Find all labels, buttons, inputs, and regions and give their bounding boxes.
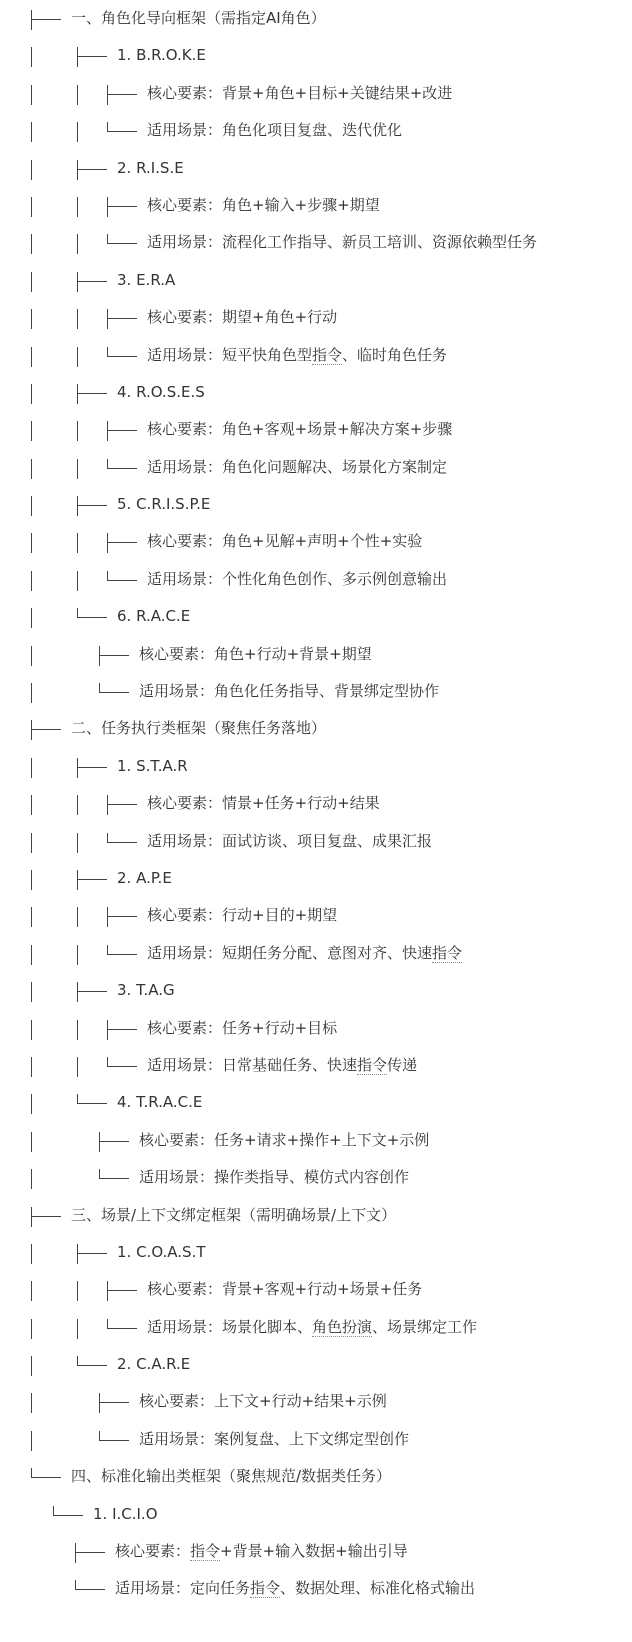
tree-label: 核心要素：任务+行动+目标 [147, 1010, 337, 1047]
glossary-link[interactable]: 指令 [432, 944, 462, 963]
tree-label: 三、场景/上下文绑定框架（需明确场景/上下文） [71, 1197, 396, 1234]
tree-rail [31, 85, 32, 105]
tree-rail [31, 1132, 32, 1152]
tree-framework: 4. T.R.A.C.E [31, 1084, 631, 1121]
tree-label: 适用场景：流程化工作指导、新员工培训、资源依赖型任务 [147, 224, 537, 261]
tree-rail [77, 309, 78, 329]
tree-rail [77, 197, 78, 217]
glossary-link[interactable]: 指令 [357, 1056, 387, 1075]
tree-label: 核心要素：上下文+行动+结果+示例 [139, 1383, 387, 1420]
tree-framework: 4. R.O.S.E.S [31, 374, 631, 411]
tree-rail [77, 533, 78, 553]
tree-label: 核心要素：背景+客观+行动+场景+任务 [147, 1271, 422, 1308]
tree-rail [31, 1244, 32, 1264]
tree-label: 核心要素：角色+客观+场景+解决方案+步骤 [147, 411, 452, 448]
tree-detail: 适用场景：案例复盘、上下文绑定型创作 [31, 1421, 631, 1458]
tree-label: 5. C.R.I.S.P.E [117, 486, 210, 523]
tree-detail: 核心要素：期望+角色+行动 [31, 299, 631, 336]
tree-rail [77, 85, 78, 105]
tree-label: 1. I.C.I.O [93, 1496, 158, 1533]
tree-rail [77, 122, 78, 142]
tree-label: 1. S.T.A.R [117, 748, 188, 785]
tree-rail [31, 758, 32, 778]
tree-detail: 核心要素：行动+目的+期望 [31, 897, 631, 934]
tree-detail: 适用场景：操作类指导、模仿式内容创作 [31, 1159, 631, 1196]
tree-rail [31, 608, 32, 628]
tree-detail: 适用场景：定向任务指令、数据处理、标准化格式输出 [31, 1570, 631, 1607]
tree-label: 适用场景：角色化项目复盘、迭代优化 [147, 112, 402, 149]
tree-label: 2. A.P.E [117, 860, 172, 897]
tree-detail: 适用场景：面试访谈、项目复盘、成果汇报 [31, 823, 631, 860]
glossary-link[interactable]: 指令 [190, 1542, 220, 1561]
tree-detail: 适用场景：场景化脚本、角色扮演、场景绑定工作 [31, 1309, 631, 1346]
tree-rail [31, 1319, 32, 1339]
tree-framework: 2. R.I.S.E [31, 150, 631, 187]
glossary-link[interactable]: 角色扮演 [312, 1318, 372, 1337]
tree-label: 核心要素：背景+角色+目标+关键结果+改进 [147, 75, 452, 112]
tree-rail [77, 421, 78, 441]
tree-rail [77, 234, 78, 254]
tree-label: 1. B.R.O.K.E [117, 37, 206, 74]
tree-rail [31, 683, 32, 703]
tree-rail [31, 496, 32, 516]
tree-detail: 适用场景：短期任务分配、意图对齐、快速指令 [31, 935, 631, 972]
tree-detail: 核心要素：上下文+行动+结果+示例 [31, 1383, 631, 1420]
tree-detail: 核心要素：背景+客观+行动+场景+任务 [31, 1271, 631, 1308]
tree-rail [31, 459, 32, 479]
tree-rail [31, 1020, 32, 1040]
tree-rail [77, 459, 78, 479]
tree-label: 3. E.R.A [117, 262, 175, 299]
tree-label: 适用场景：角色化问题解决、场景化方案制定 [147, 449, 447, 486]
tree-detail: 适用场景：角色化问题解决、场景化方案制定 [31, 449, 631, 486]
tree-rail [31, 646, 32, 666]
tree-framework: 3. E.R.A [31, 262, 631, 299]
tree-label: 核心要素：角色+输入+步骤+期望 [147, 187, 380, 224]
tree-rail [31, 907, 32, 927]
tree-rail [31, 1169, 32, 1189]
tree-rail [31, 833, 32, 853]
tree-label: 适用场景：操作类指导、模仿式内容创作 [139, 1159, 409, 1196]
tree-label: 1. C.O.A.S.T [117, 1234, 206, 1271]
tree-rail [31, 197, 32, 217]
tree-detail: 核心要素：角色+行动+背景+期望 [31, 636, 631, 673]
glossary-link[interactable]: 指令 [250, 1579, 280, 1598]
tree-label: 核心要素：角色+见解+声明+个性+实验 [147, 523, 422, 560]
tree-label: 核心要素：行动+目的+期望 [147, 897, 337, 934]
tree-label: 2. C.A.R.E [117, 1346, 190, 1383]
tree-rail [77, 945, 78, 965]
tree-rail [31, 1393, 32, 1413]
tree-rail [77, 1281, 78, 1301]
tree-rail [31, 945, 32, 965]
tree-rail [31, 1356, 32, 1376]
tree-label: 核心要素：指令+背景+输入数据+输出引导 [115, 1533, 408, 1570]
tree-rail [77, 1319, 78, 1339]
tree-rail [31, 384, 32, 404]
tree-rail [31, 160, 32, 180]
tree-category: 三、场景/上下文绑定框架（需明确场景/上下文） [31, 1197, 631, 1234]
tree-rail [31, 122, 32, 142]
tree-detail: 适用场景：短平快角色型指令、临时角色任务 [31, 337, 631, 374]
tree-label: 4. R.O.S.E.S [117, 374, 205, 411]
tree-framework: 1. C.O.A.S.T [31, 1234, 631, 1271]
tree-label: 4. T.R.A.C.E [117, 1084, 202, 1121]
tree-label: 适用场景：面试访谈、项目复盘、成果汇报 [147, 823, 432, 860]
tree-category: 四、标准化输出类框架（聚焦规范/数据类任务） [31, 1458, 631, 1495]
tree-label: 适用场景：短期任务分配、意图对齐、快速指令 [147, 935, 462, 972]
tree-rail [31, 272, 32, 292]
tree-detail: 适用场景：角色化项目复盘、迭代优化 [31, 112, 631, 149]
framework-tree: 一、角色化导向框架（需指定AI角色）1. B.R.O.K.E核心要素：背景+角色… [31, 0, 631, 1608]
tree-rail [77, 1057, 78, 1077]
glossary-link[interactable]: 指令 [312, 346, 342, 365]
tree-label: 核心要素：角色+行动+背景+期望 [139, 636, 372, 673]
tree-rail [77, 907, 78, 927]
tree-rail [77, 347, 78, 367]
tree-framework: 5. C.R.I.S.P.E [31, 486, 631, 523]
tree-rail [31, 421, 32, 441]
tree-framework: 6. R.A.C.E [31, 598, 631, 635]
tree-label: 核心要素：期望+角色+行动 [147, 299, 337, 336]
tree-rail [31, 309, 32, 329]
tree-label: 3. T.A.G [117, 972, 175, 1009]
tree-framework: 1. B.R.O.K.E [31, 37, 631, 74]
tree-detail: 适用场景：个性化角色创作、多示例创意输出 [31, 561, 631, 598]
tree-label: 一、角色化导向框架（需指定AI角色） [71, 0, 326, 37]
tree-detail: 核心要素：情景+任务+行动+结果 [31, 785, 631, 822]
tree-detail: 核心要素：指令+背景+输入数据+输出引导 [31, 1533, 631, 1570]
tree-framework: 2. A.P.E [31, 860, 631, 897]
tree-rail [31, 1431, 32, 1451]
tree-label: 四、标准化输出类框架（聚焦规范/数据类任务） [71, 1458, 391, 1495]
tree-detail: 核心要素：角色+客观+场景+解决方案+步骤 [31, 411, 631, 448]
tree-detail: 适用场景：流程化工作指导、新员工培训、资源依赖型任务 [31, 224, 631, 261]
tree-rail [31, 1094, 32, 1114]
tree-framework: 2. C.A.R.E [31, 1346, 631, 1383]
tree-label: 适用场景：案例复盘、上下文绑定型创作 [139, 1421, 409, 1458]
tree-label: 核心要素：任务+请求+操作+上下文+示例 [139, 1122, 429, 1159]
tree-label: 适用场景：个性化角色创作、多示例创意输出 [147, 561, 447, 598]
tree-rail [77, 571, 78, 591]
tree-rail [31, 982, 32, 1002]
tree-rail [77, 795, 78, 815]
tree-detail: 核心要素：角色+见解+声明+个性+实验 [31, 523, 631, 560]
tree-rail [31, 571, 32, 591]
tree-label: 核心要素：情景+任务+行动+结果 [147, 785, 380, 822]
tree-detail: 核心要素：角色+输入+步骤+期望 [31, 187, 631, 224]
tree-framework: 1. I.C.I.O [31, 1496, 631, 1533]
tree-category: 二、任务执行类框架（聚焦任务落地） [31, 710, 631, 747]
tree-label: 二、任务执行类框架（聚焦任务落地） [71, 710, 326, 747]
tree-rail [77, 833, 78, 853]
tree-rail [77, 1020, 78, 1040]
tree-rail [31, 234, 32, 254]
tree-detail: 核心要素：任务+请求+操作+上下文+示例 [31, 1122, 631, 1159]
tree-rail [31, 347, 32, 367]
tree-rail [31, 795, 32, 815]
tree-detail: 核心要素：任务+行动+目标 [31, 1010, 631, 1047]
tree-rail [31, 533, 32, 553]
tree-framework: 3. T.A.G [31, 972, 631, 1009]
tree-framework: 1. S.T.A.R [31, 748, 631, 785]
tree-label: 适用场景：定向任务指令、数据处理、标准化格式输出 [115, 1570, 475, 1607]
tree-label: 适用场景：短平快角色型指令、临时角色任务 [147, 337, 447, 374]
tree-rail [31, 1057, 32, 1077]
tree-detail: 适用场景：角色化任务指导、背景绑定型协作 [31, 673, 631, 710]
tree-detail: 适用场景：日常基础任务、快速指令传递 [31, 1047, 631, 1084]
tree-rail [31, 47, 32, 67]
tree-label: 适用场景：日常基础任务、快速指令传递 [147, 1047, 417, 1084]
tree-category: 一、角色化导向框架（需指定AI角色） [31, 0, 631, 37]
tree-label: 适用场景：场景化脚本、角色扮演、场景绑定工作 [147, 1309, 477, 1346]
tree-label: 6. R.A.C.E [117, 598, 190, 635]
tree-rail [31, 1281, 32, 1301]
tree-label: 2. R.I.S.E [117, 150, 184, 187]
tree-label: 适用场景：角色化任务指导、背景绑定型协作 [139, 673, 439, 710]
tree-rail [31, 870, 32, 890]
tree-detail: 核心要素：背景+角色+目标+关键结果+改进 [31, 75, 631, 112]
